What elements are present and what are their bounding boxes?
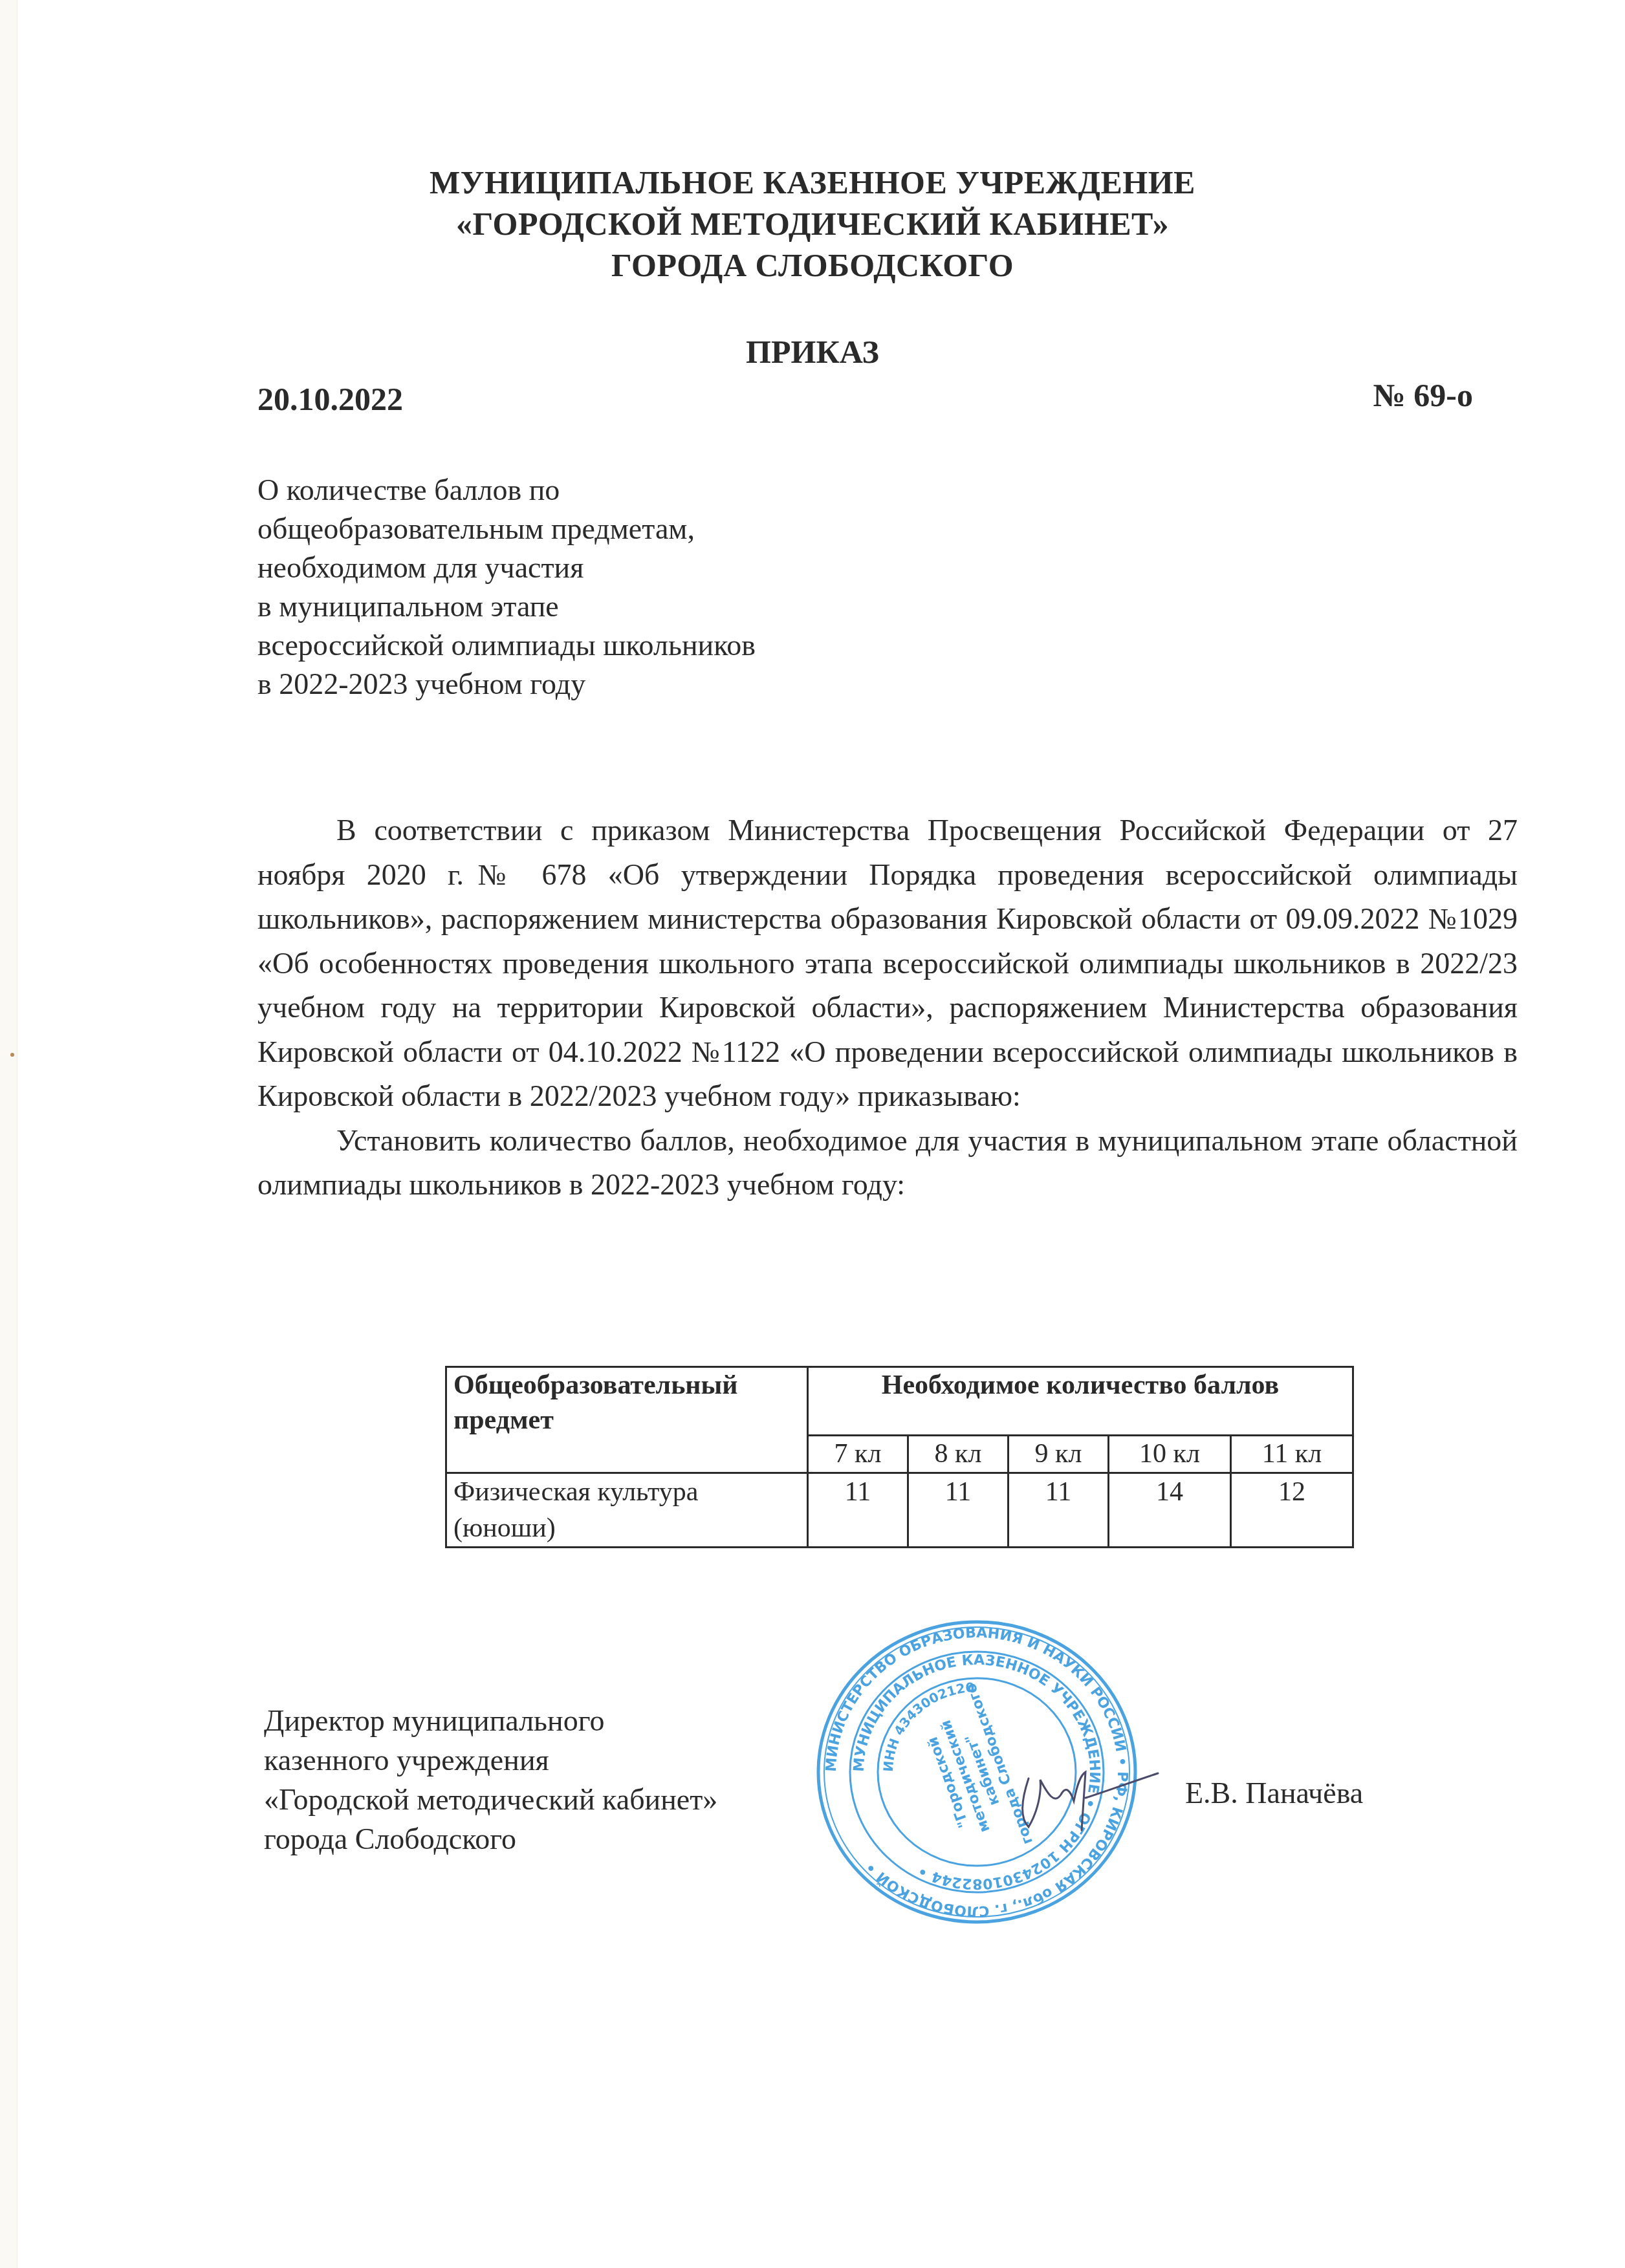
score-cell: 11 xyxy=(1009,1473,1109,1548)
position-line: города Слободского xyxy=(264,1819,717,1859)
score-cell: 11 xyxy=(908,1473,1009,1548)
table-header-row: Общеобразовательный предмет Необходимое … xyxy=(446,1367,1353,1436)
header-line-3: ГОРОДА СЛОБОДСКОГО xyxy=(0,244,1625,286)
column-header-grade: 7 кл xyxy=(808,1436,908,1473)
column-header-grade: 8 кл xyxy=(908,1436,1009,1473)
preamble-paragraph: В соответствии с приказом Министерства П… xyxy=(257,808,1518,1119)
order-body: В соответствии с приказом Министерства П… xyxy=(257,808,1518,1207)
score-cell: 12 xyxy=(1231,1473,1353,1548)
column-header-grade: 11 кл xyxy=(1231,1436,1353,1473)
column-header-grade: 10 кл xyxy=(1109,1436,1231,1473)
subject-line: общеобразовательным предметам, xyxy=(257,510,756,548)
score-cell: 14 xyxy=(1109,1473,1231,1548)
subject-line: в муниципальном этапе xyxy=(257,587,756,626)
subject-line: О количестве баллов по xyxy=(257,471,756,510)
position-line: «Городской методический кабинет» xyxy=(264,1780,717,1819)
signatory-name: Е.В. Паначёва xyxy=(1185,1776,1363,1810)
organization-header: МУНИЦИПАЛЬНОЕ КАЗЕННОЕ УЧРЕЖДЕНИЕ «ГОРОД… xyxy=(0,162,1625,286)
column-header-grade: 9 кл xyxy=(1009,1436,1109,1473)
paper-speck xyxy=(10,1053,14,1057)
order-subject: О количестве баллов по общеобразовательн… xyxy=(257,471,756,704)
table-row: Физическая культура (юноши) 11 11 11 14 … xyxy=(446,1473,1353,1548)
signatory-position: Директор муниципального казенного учрежд… xyxy=(264,1701,717,1859)
position-line: казенного учреждения xyxy=(264,1740,717,1780)
handwritten-signature-icon xyxy=(1009,1766,1164,1837)
subject-cell: Физическая культура (юноши) xyxy=(446,1473,808,1548)
order-date: 20.10.2022 xyxy=(257,380,403,418)
column-header-scores: Необходимое количество баллов xyxy=(808,1367,1353,1436)
scores-table: Общеобразовательный предмет Необходимое … xyxy=(445,1366,1354,1548)
header-line-1: МУНИЦИПАЛЬНОЕ КАЗЕННОЕ УЧРЕЖДЕНИЕ xyxy=(0,162,1625,203)
directive-paragraph: Установить количество баллов, необходимо… xyxy=(257,1119,1518,1207)
position-line: Директор муниципального xyxy=(264,1701,717,1740)
score-cell: 11 xyxy=(808,1473,908,1548)
column-header-subject: Общеобразовательный предмет xyxy=(446,1367,808,1473)
header-line-2: «ГОРОДСКОЙ МЕТОДИЧЕСКИЙ КАБИНЕТ» xyxy=(0,203,1625,244)
subject-line: в 2022-2023 учебном году xyxy=(257,665,756,704)
order-number: № 69-о xyxy=(1373,376,1473,414)
subject-line: необходимом для участия xyxy=(257,548,756,587)
subject-line: всероссийской олимпиады школьников xyxy=(257,626,756,665)
document-title: ПРИКАЗ xyxy=(0,333,1625,371)
